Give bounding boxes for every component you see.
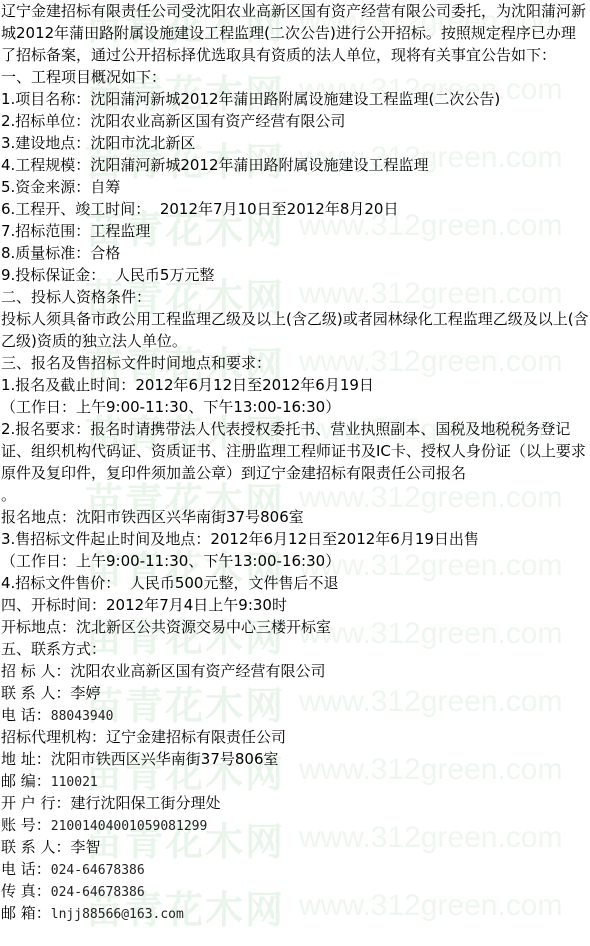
item-label: 4.招标文件售价： <box>1 574 120 592</box>
project-item-location: 3.建设地点：沈阳市沈北新区 <box>1 132 590 154</box>
project-item-quality: 8.质量标准：合格 <box>1 242 590 264</box>
contact-phone-2: 电 话：024-64678386 <box>1 858 590 880</box>
item-label: 7.招标范围： <box>1 222 90 240</box>
contact-value: 024-64678386 <box>51 885 145 900</box>
project-item-funding: 5.资金来源：自筹 <box>1 176 590 198</box>
document-price: 4.招标文件售价： 人民币500元整，文件售后不退 <box>1 572 590 594</box>
item-label: 1.项目名称： <box>1 90 90 108</box>
contact-label: 招标代理机构： <box>1 728 106 746</box>
contact-value: 88043940 <box>51 709 114 724</box>
contact-label: 传 真： <box>1 882 51 900</box>
contact-value: 沈阳农业高新区国有资产经营有限公司 <box>71 662 326 680</box>
item-value: 人民币500元整，文件售后不退 <box>120 574 338 592</box>
section-4-bid-opening-time: 四、开标时间：2012年7月4日上午9:30时 <box>1 594 590 616</box>
project-item-tenderer: 2.招标单位：沈阳农业高新区国有资产经营有限公司 <box>1 110 590 132</box>
section-1-heading: 一、工程项目概况如下： <box>1 66 590 88</box>
contact-value: 辽宁金建招标有限责任公司 <box>106 728 286 746</box>
section-2-heading: 二、投标人资格条件： <box>1 286 590 308</box>
section-3-heading: 三、报名及售招标文件时间地点和要求： <box>1 352 590 374</box>
intro-paragraph: 辽宁金建招标有限责任公司受沈阳农业高新区国有资产经营有限公司委托，为沈阳蒲河新城… <box>1 0 589 66</box>
item-value: 人民币5万元整 <box>105 266 214 284</box>
contact-value: 024-64678386 <box>51 863 145 878</box>
item-value: 沈阳蒲河新城2012年蒲田路附属设施建设工程监理 <box>90 156 428 174</box>
item-value: 沈阳蒲河新城2012年蒲田路附属设施建设工程监理(二次公告) <box>90 90 500 108</box>
signup-requirements: 2.报名要求：报名时请携带法人代表授权委托书、营业执照副本、国税及地税税务登记证… <box>1 418 589 484</box>
contact-label: 邮 编： <box>1 772 51 790</box>
item-label: 9.投标保证金： <box>1 266 105 284</box>
item-label: 1.报名及截止时间： <box>1 376 135 394</box>
item-value: 自筹 <box>90 178 120 196</box>
project-item-name: 1.项目名称：沈阳蒲河新城2012年蒲田路附属设施建设工程监理(二次公告) <box>1 88 590 110</box>
contact-tenderer: 招 标 人：沈阳农业高新区国有资产经营有限公司 <box>1 660 590 682</box>
item-label: 8.质量标准： <box>1 244 90 262</box>
contact-value: 李智 <box>71 838 101 856</box>
item-value: 沈阳市沈北新区 <box>90 134 195 152</box>
project-item-bond: 9.投标保证金： 人民币5万元整 <box>1 264 590 286</box>
contact-label: 电 话： <box>1 860 51 878</box>
contact-fax: 传 真：024-64678386 <box>1 880 590 902</box>
contact-person-2: 联 系 人：李智 <box>1 836 590 858</box>
contact-value: 沈阳市铁西区兴华南街37号806室 <box>51 750 279 768</box>
contact-value: 建行沈阳保工街分理处 <box>71 794 221 812</box>
signup-time: 1.报名及截止时间：2012年6月12日至2012年6月19日 <box>1 374 590 396</box>
item-value: 沈北新区公共资源交易中心三楼开标室 <box>76 618 331 636</box>
announcement-document: 辽宁金建招标有限责任公司受沈阳农业高新区国有资产经营有限公司委托，为沈阳蒲河新城… <box>0 0 590 924</box>
qualification-paragraph: 投标人须具备市政公用工程监理乙级及以上(含乙级)或者园林绿化工程监理乙级及以上(… <box>1 308 589 352</box>
item-label: 四、开标时间： <box>1 596 106 614</box>
contact-phone: 电 话：88043940 <box>1 704 590 726</box>
project-item-scale: 4.工程规模：沈阳蒲河新城2012年蒲田路附属设施建设工程监理 <box>1 154 590 176</box>
item-label: 3.建设地点： <box>1 134 90 152</box>
signup-requirements-tail: 。 <box>1 484 590 506</box>
contact-account: 账 号：21001404001059081299 <box>1 814 590 836</box>
item-label: 3.售招标文件起止时间及地点： <box>1 530 210 548</box>
item-label: 6.工程开、竣工时间： <box>1 200 150 218</box>
contact-person: 联 系 人：李婷 <box>1 682 590 704</box>
item-label: 5.资金来源： <box>1 178 90 196</box>
item-value: 工程监理 <box>90 222 150 240</box>
contact-label: 邮 箱： <box>1 904 51 922</box>
document-sale-time: 3.售招标文件起止时间及地点：2012年6月12日至2012年6月19日出售 <box>1 528 590 550</box>
contact-label: 招 标 人： <box>1 662 71 680</box>
contact-label: 电 话： <box>1 706 51 724</box>
contact-postcode: 邮 编：110021 <box>1 770 590 792</box>
contact-value: 李婷 <box>71 684 101 702</box>
contact-label: 账 号： <box>1 816 51 834</box>
contact-label: 联 系 人： <box>1 838 71 856</box>
item-label: 开标地点： <box>1 618 76 636</box>
contact-email-link[interactable]: lnjj88566@163.com <box>51 907 184 922</box>
item-value: 沈阳农业高新区国有资产经营有限公司 <box>90 112 345 130</box>
item-label: 2.招标单位： <box>1 112 90 130</box>
section-5-heading: 五、联系方式： <box>1 638 590 660</box>
contact-label: 联 系 人： <box>1 684 71 702</box>
project-item-schedule: 6.工程开、竣工时间： 2012年7月10日至2012年8月20日 <box>1 198 590 220</box>
item-value: 2012年7月10日至2012年8月20日 <box>150 200 398 218</box>
item-label: 4.工程规模： <box>1 156 90 174</box>
contact-label: 地 址： <box>1 750 51 768</box>
item-value: 合格 <box>90 244 120 262</box>
item-value: 2012年6月12日至2012年6月19日出售 <box>210 530 479 548</box>
item-value: 2012年7月4日上午9:30时 <box>106 596 287 614</box>
item-value: 沈阳市铁西区兴华南街37号806室 <box>76 508 304 526</box>
item-value: 2012年6月12日至2012年6月19日 <box>135 376 374 394</box>
item-label: 报名地点： <box>1 508 76 526</box>
document-sale-hours: （工作日：上午9:00-11:30、下午13:00-16:30） <box>1 550 590 572</box>
bid-opening-place: 开标地点：沈北新区公共资源交易中心三楼开标室 <box>1 616 590 638</box>
contact-value: 21001404001059081299 <box>51 819 208 834</box>
signup-place: 报名地点：沈阳市铁西区兴华南街37号806室 <box>1 506 590 528</box>
contact-value: 110021 <box>51 775 98 790</box>
contact-address: 地 址：沈阳市铁西区兴华南街37号806室 <box>1 748 590 770</box>
project-item-scope: 7.招标范围：工程监理 <box>1 220 590 242</box>
contact-bank: 开 户 行：建行沈阳保工街分理处 <box>1 792 590 814</box>
contact-email: 邮 箱：lnjj88566@163.com <box>1 902 590 924</box>
contact-agency: 招标代理机构：辽宁金建招标有限责任公司 <box>1 726 590 748</box>
signup-hours: （工作日：上午9:00-11:30、下午13:00-16:30） <box>1 396 590 418</box>
contact-label: 开 户 行： <box>1 794 71 812</box>
